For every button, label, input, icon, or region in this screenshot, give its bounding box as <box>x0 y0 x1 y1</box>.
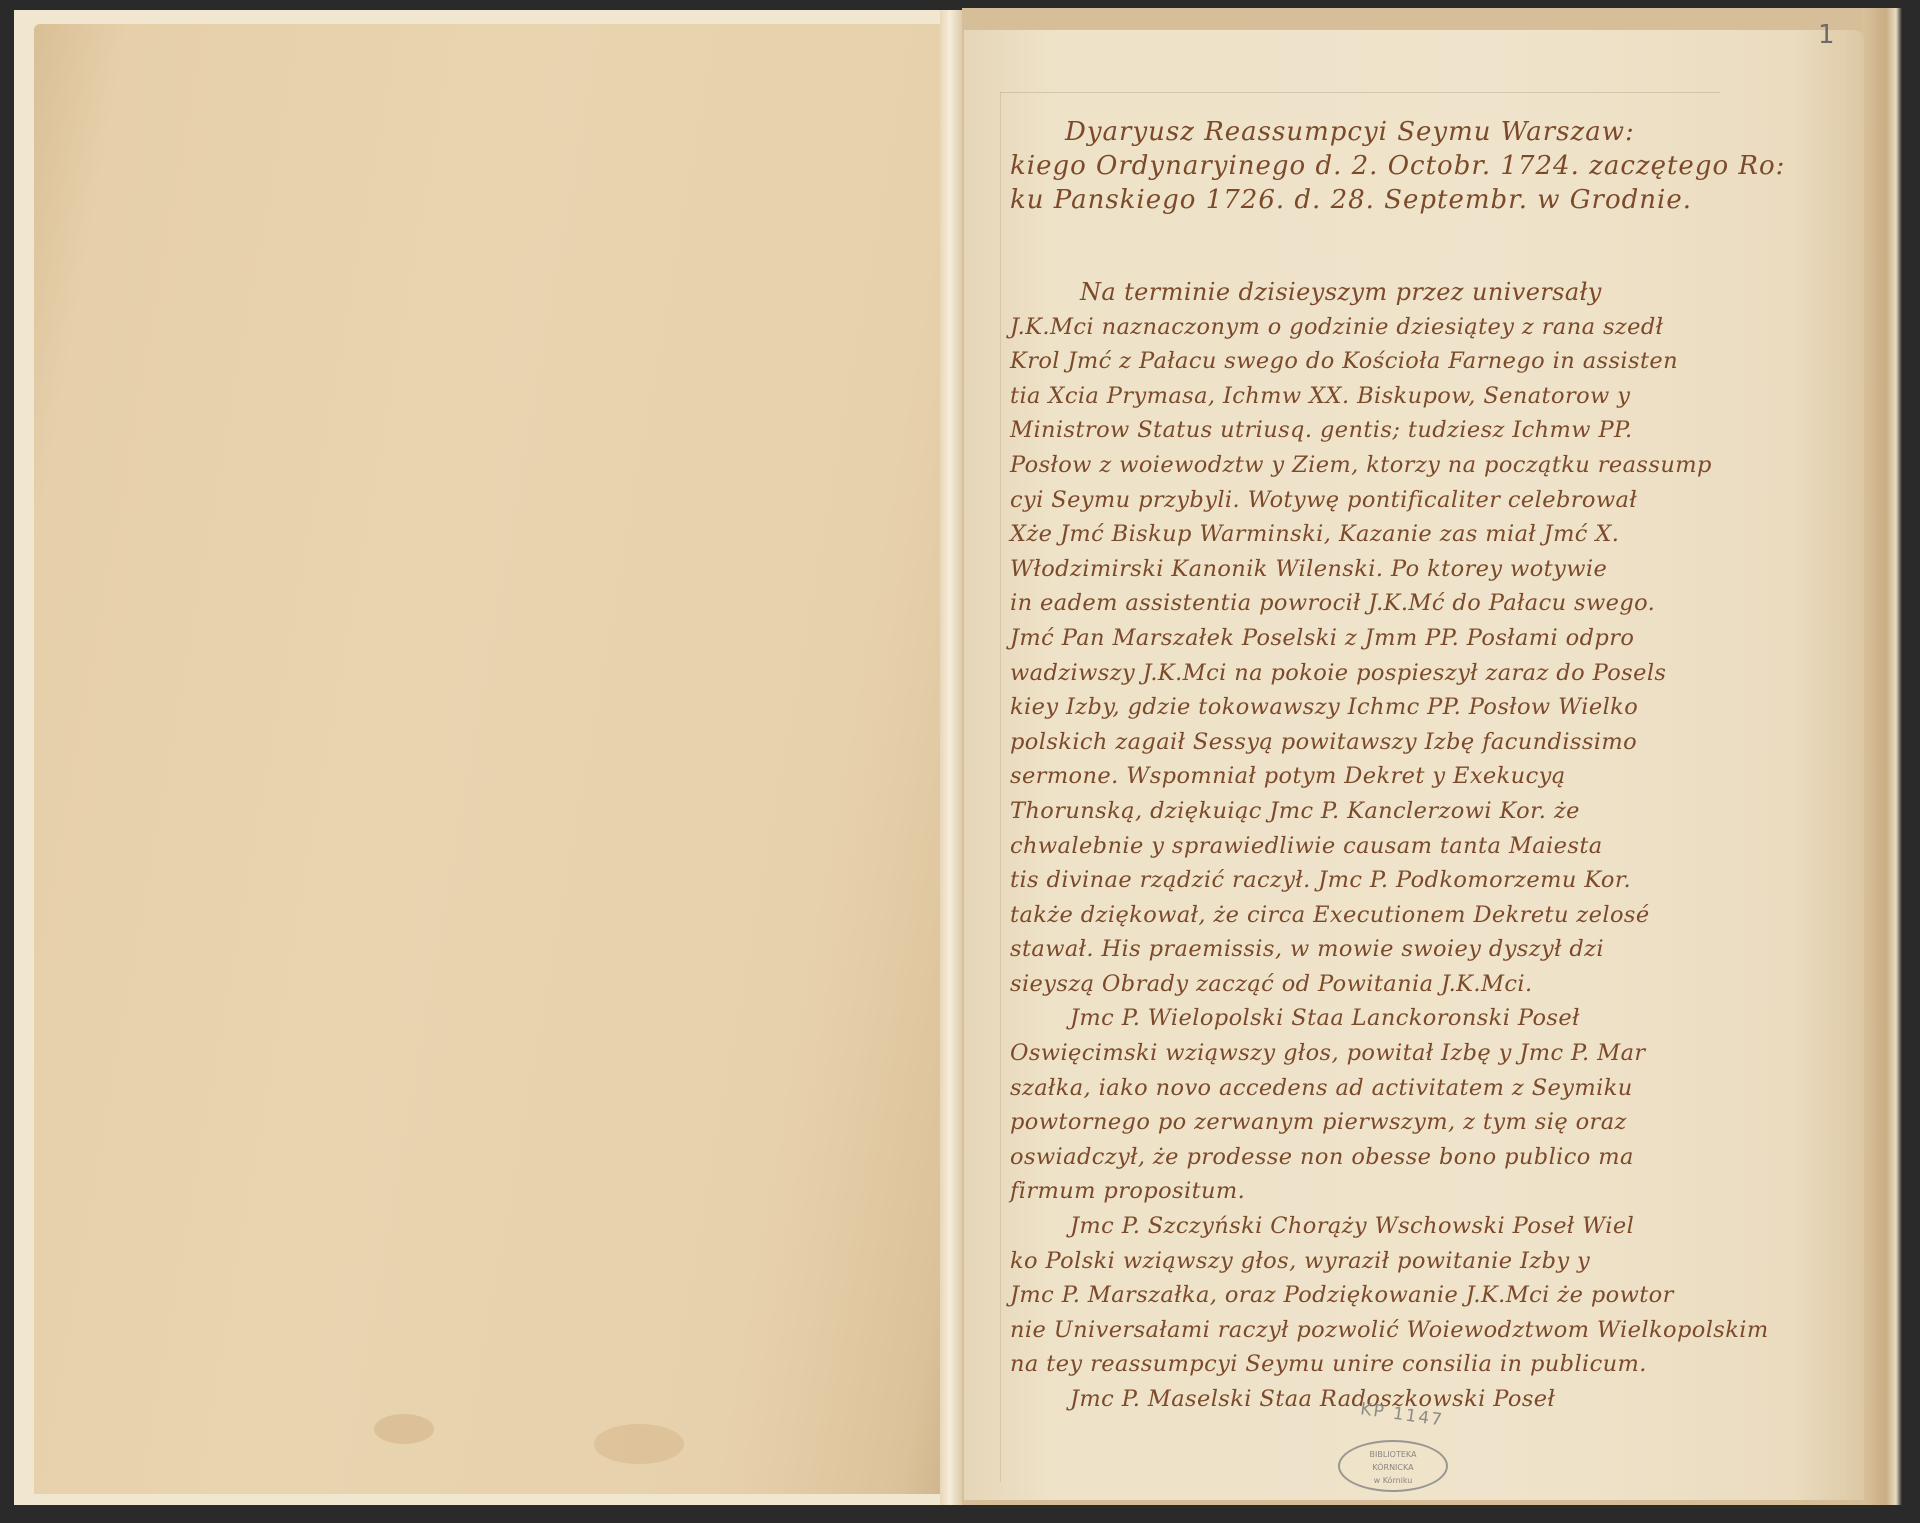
text-line: ko Polski wziąwszy głos, wyraził powitan… <box>1010 1244 1700 1279</box>
text-line: Ministrow Status utriusq. gentis; tudzie… <box>1010 413 1700 448</box>
binding-gutter <box>940 10 964 1505</box>
text-line: oswiadczył, że prodesse non obesse bono … <box>1010 1140 1700 1175</box>
text-line: Thorunską, dziękuiąc Jmc P. Kanclerzowi … <box>1010 794 1700 829</box>
text-line: kiey Izby, gdzie tokowawszy Ichmc PP. Po… <box>1010 690 1700 725</box>
text-line: Jmc P. Marszałka, oraz Podziękowanie J.K… <box>1010 1278 1700 1313</box>
body-paragraph-2: Jmc P. Wielopolski Staa Lanckoronski Pos… <box>1010 1001 1700 1209</box>
text-line: Włodzimirski Kanonik Wilenski. Po ktorey… <box>1010 552 1700 587</box>
stamp-line: w Kórniku <box>1340 1474 1446 1487</box>
text-line: Jmc P. Wielopolski Staa Lanckoronski Pos… <box>1010 1001 1700 1036</box>
page-edges <box>1862 8 1902 1505</box>
body-paragraph-3: Jmc P. Szczyński Chorąży Wschowski Poseł… <box>1010 1209 1700 1417</box>
manuscript-scan: 1 Dyaryusz Reassumpcyi Seymu Warszaw: ki… <box>0 0 1920 1523</box>
text-line: Jmc P. Maselski Staa Radoszkowski Poseł <box>1010 1382 1700 1417</box>
title-line: ku Panskiego 1726. d. 28. Septembr. w Gr… <box>1010 183 1700 217</box>
text-line: chwalebnie y sprawiedliwie causam tanta … <box>1010 829 1700 864</box>
text-line: J.K.Mci naznaczonym o godzinie dziesiąte… <box>1010 310 1700 345</box>
text-line: wadziwszy J.K.Mci na pokoie pospieszył z… <box>1010 656 1700 691</box>
left-blank-page <box>34 24 946 1494</box>
text-line: tis divinae rządzić raczył. Jmc P. Podko… <box>1010 863 1700 898</box>
manuscript-text: Dyaryusz Reassumpcyi Seymu Warszaw: kieg… <box>1010 115 1700 1417</box>
text-line: sermone. Wspomniał potym Dekret y Exekuc… <box>1010 759 1700 794</box>
ruled-margin-left <box>1000 92 1001 1482</box>
water-stain <box>594 1424 684 1464</box>
text-line: sieyszą Obrady zacząć od Powitania J.K.M… <box>1010 967 1700 1002</box>
library-stamp: BIBLIOTEKA KÓRNICKA w Kórniku <box>1338 1440 1448 1492</box>
text-line: Xże Jmć Biskup Warminski, Kazanie zas mi… <box>1010 517 1700 552</box>
text-line: nie Universałami raczył pozwolić Woiewod… <box>1010 1313 1700 1348</box>
text-line: stawał. His praemissis, w mowie swoiey d… <box>1010 932 1700 967</box>
text-line: powtornego po zerwanym pierwszym, z tym … <box>1010 1105 1700 1140</box>
text-line: Posłow z woiewodztw y Ziem, ktorzy na po… <box>1010 448 1700 483</box>
text-line: cyi Seymu przybyli. Wotywę pontificalite… <box>1010 483 1700 518</box>
body-paragraph-1: Na terminie dzisieyszym przez universały… <box>1010 275 1700 1001</box>
ruled-margin-top <box>1000 92 1720 93</box>
text-line: także dziękował, że circa Executionem De… <box>1010 898 1700 933</box>
text-line: Na terminie dzisieyszym przez universały <box>1010 275 1700 310</box>
title-line: Dyaryusz Reassumpcyi Seymu Warszaw: <box>1010 115 1700 149</box>
stamp-line: KÓRNICKA <box>1340 1461 1446 1474</box>
water-stain <box>374 1414 434 1444</box>
text-line: na tey reassumpcyi Seymu unire consilia … <box>1010 1347 1700 1382</box>
text-line: Jmć Pan Marszałek Poselski z Jmm PP. Pos… <box>1010 621 1700 656</box>
text-line: Oswięcimski wziąwszy głos, powitał Izbę … <box>1010 1036 1700 1071</box>
folio-number: 1 <box>1818 20 1835 50</box>
text-line: polskich zagaił Sessyą powitawszy Izbę f… <box>1010 725 1700 760</box>
text-line: Jmc P. Szczyński Chorąży Wschowski Poseł… <box>1010 1209 1700 1244</box>
text-line: firmum propositum. <box>1010 1174 1700 1209</box>
text-line: tia Xcia Prymasa, Ichmw XX. Biskupow, Se… <box>1010 379 1700 414</box>
text-line: szałka, iako novo accedens ad activitate… <box>1010 1071 1700 1106</box>
text-line: in eadem assistentia powrocił J.K.Mć do … <box>1010 586 1700 621</box>
text-line: Krol Jmć z Pałacu swego do Kościoła Farn… <box>1010 344 1700 379</box>
stamp-line: BIBLIOTEKA <box>1340 1448 1446 1461</box>
title-line: kiego Ordynaryinego d. 2. Octobr. 1724. … <box>1010 149 1700 183</box>
